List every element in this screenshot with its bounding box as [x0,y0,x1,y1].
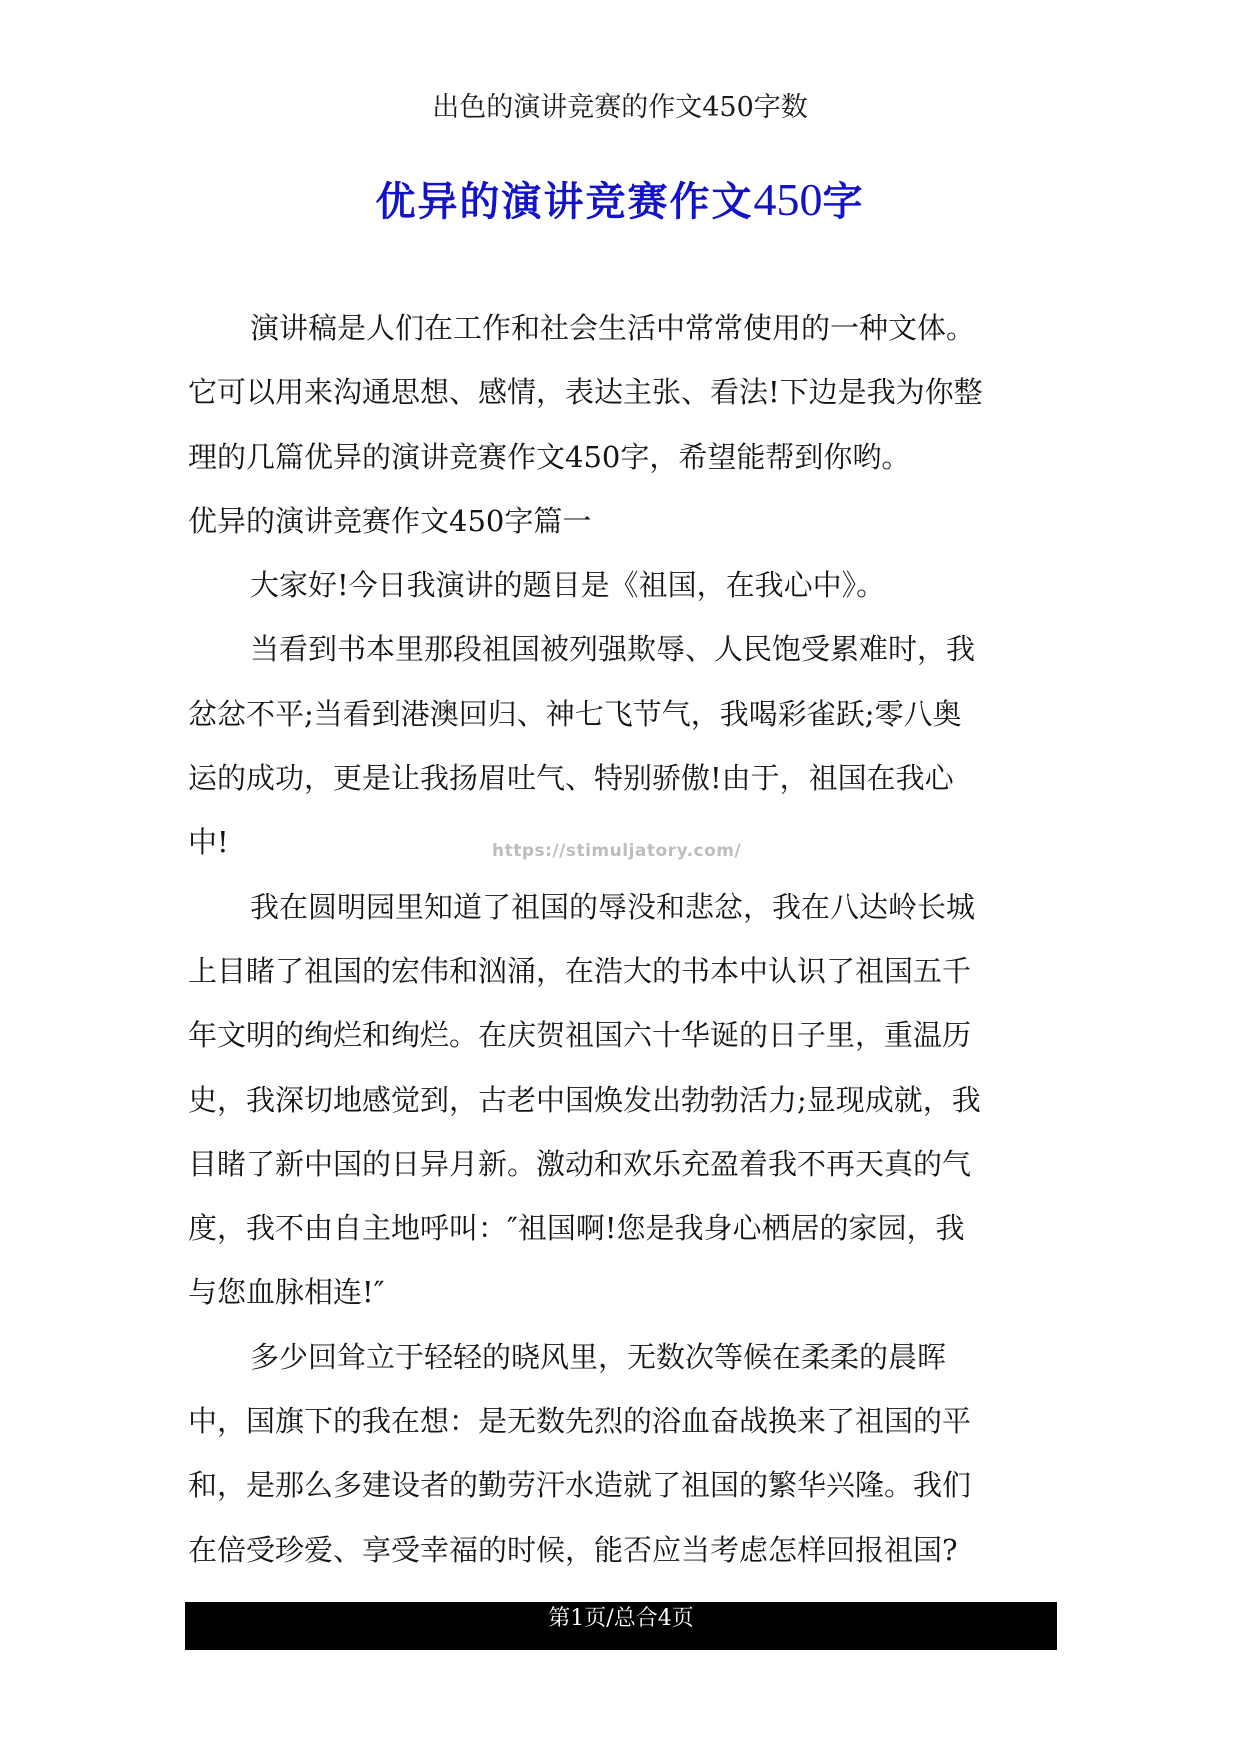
page-header: 出色的演讲竞赛的作文450字数 [0,88,1240,128]
body-line: 忿忿不平;当看到港澳回归、神七飞节气，我喝彩雀跃;零八奥 [188,688,1068,752]
title-suffix: 字 [823,179,865,225]
body-line: 与您血脉相连!″ [188,1266,1068,1330]
body-line: 目睹了新中国的日异月新。激动和欢乐充盈着我不再天真的气 [188,1138,1068,1202]
title-number: 450 [754,174,823,225]
title-prefix: 优异的演讲竞赛作文 [376,179,754,225]
document-body: 演讲稿是人们在工作和社会生活中常常使用的一种文体。 它可以用来沟通思想、感情，表… [188,302,1068,1588]
body-line: 大家好!今日我演讲的题目是《祖国，在我心中》。 [188,559,1068,623]
body-line: 中，国旗下的我在想：是无数先烈的浴血奋战换来了祖国的平 [188,1395,1068,1459]
body-line: 演讲稿是人们在工作和社会生活中常常使用的一种文体。 [188,302,1068,366]
watermark-url: https://stimuljatory.com/ [492,841,741,861]
body-line: 它可以用来沟通思想、感情，表达主张、看法!下边是我为你整 [188,366,1068,430]
body-line: 年文明的绚烂和绚烂。在庆贺祖国六十华诞的日子里，重温历 [188,1009,1068,1073]
body-line: 理的几篇优异的演讲竞赛作文450字，希望能帮到你哟。 [188,431,1068,495]
body-line: 史，我深切地感觉到，古老中国焕发出勃勃活力;显现成就，我 [188,1074,1068,1138]
body-line: 度，我不由自主地呼叫：″祖国啊!您是我身心栖居的家园，我 [188,1202,1068,1266]
body-line: 上目睹了祖国的宏伟和汹涌，在浩大的书本中认识了祖国五千 [188,945,1068,1009]
body-line: 运的成功，更是让我扬眉吐气、特别骄傲!由于，祖国在我心 [188,752,1068,816]
body-line: 多少回耸立于轻轻的晓风里，无数次等候在柔柔的晨晖 [188,1331,1068,1395]
body-line: 当看到书本里那段祖国被列强欺辱、人民饱受累难时，我 [188,623,1068,687]
section-heading: 优异的演讲竞赛作文450字篇一 [188,495,1068,559]
document-title: 优异的演讲竞赛作文450字 [0,170,1240,232]
body-line: 我在圆明园里知道了祖国的辱没和悲忿，我在八达岭长城 [188,881,1068,945]
page-number-label: 第1页/总合4页 [548,1606,693,1631]
body-line: 和，是那么多建设者的勤劳汗水造就了祖国的繁华兴隆。我们 [188,1459,1068,1523]
body-line: 在倍受珍爱、享受幸福的时候，能否应当考虑怎样回报祖国? [188,1524,1068,1588]
page-footer-bar: 第1页/总合4页 [185,1602,1057,1650]
